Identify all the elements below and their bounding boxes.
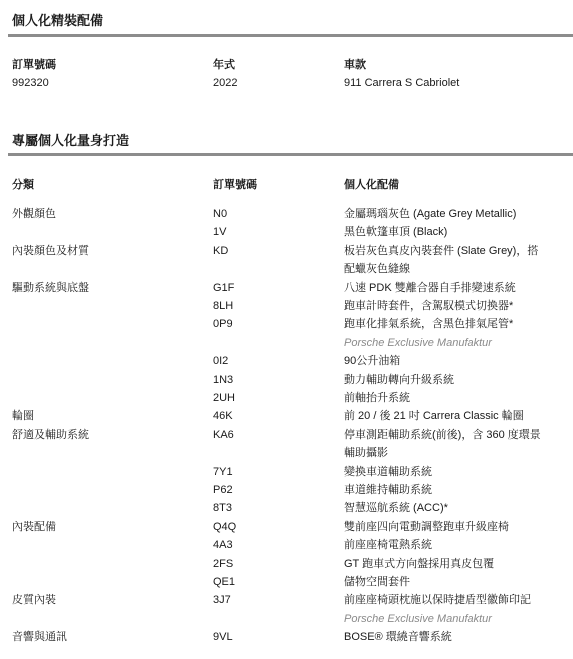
table-row: QE1儲物空間套件 — [0, 573, 573, 591]
section-divider — [8, 34, 573, 37]
code-cell: 46K — [213, 407, 233, 425]
category-header: 分類 — [12, 176, 34, 194]
code-cell: G1F — [213, 279, 234, 297]
table-row: 0P9跑車化排氣系統，含黑色排氣尾管* — [0, 315, 573, 333]
category-cell: 音響與通訊 — [12, 628, 67, 646]
code-cell: 3J7 — [213, 591, 231, 609]
table-row: 輔助攝影 — [0, 444, 573, 462]
table-row: 8LH跑車計時套件，含駕馭模式切換器* — [0, 297, 573, 315]
table-row: 2FSGT 跑車式方向盤採用真皮包覆 — [0, 555, 573, 573]
item-cell: 雙前座四向電動調整跑車升級座椅 — [344, 518, 564, 536]
item-header: 個人化配備 — [344, 176, 564, 194]
item-cell: 90公升油箱 — [344, 352, 564, 370]
year-value: 2022 — [213, 74, 237, 92]
table-row: Porsche Exclusive Manufaktur — [0, 334, 573, 352]
table-row: 2UH前軸抬升系統 — [0, 389, 573, 407]
table-row: 配蠟灰色縫線 — [0, 260, 573, 278]
item-cell: 板岩灰色真皮內裝套件 (Slate Grey)，搭 — [344, 242, 564, 260]
item-cell: 前座座椅電熱系統 — [344, 536, 564, 554]
item-cell: 前 20 / 後 21 吋 Carrera Classic 輪圈 — [344, 407, 564, 425]
code-cell: KD — [213, 242, 228, 260]
order-no-label: 訂單號碼 — [12, 56, 56, 74]
code-cell: KA6 — [213, 426, 234, 444]
table-row: 內裝配備Q4Q雙前座四向電動調整跑車升級座椅 — [0, 518, 573, 536]
code-cell: 2UH — [213, 389, 235, 407]
item-cell: 跑車計時套件，含駕馭模式切換器* — [344, 297, 564, 315]
code-cell: Q4Q — [213, 518, 236, 536]
item-cell: 儲物空間套件 — [344, 573, 564, 591]
item-cell: 前軸抬升系統 — [344, 389, 564, 407]
code-cell: P62 — [213, 481, 233, 499]
item-cell: 八速 PDK 雙離合器自手排變速系統 — [344, 279, 564, 297]
item-cell: BOSE® 環繞音響系統 — [344, 628, 564, 646]
year-label: 年式 — [213, 56, 235, 74]
item-cell: Porsche Exclusive Manufaktur — [344, 334, 564, 352]
code-cell: 1N3 — [213, 371, 233, 389]
code-cell: 7Y1 — [213, 463, 233, 481]
section-title: 專屬個人化量身打造 — [12, 130, 129, 149]
order-no-value: 992320 — [12, 74, 49, 92]
table-row: 4A3前座座椅電熱系統 — [0, 536, 573, 554]
item-cell: 前座座椅頭枕施以保時捷盾型徽飾印記 — [344, 591, 564, 609]
item-cell: GT 跑車式方向盤採用真皮包覆 — [344, 555, 564, 573]
code-cell: 0P9 — [213, 315, 233, 333]
table-row: 1V黑色軟篷車頂 (Black) — [0, 223, 573, 241]
table-row: 舒適及輔助系統KA6停車測距輔助系統(前後)，含 360 度環景 — [0, 426, 573, 444]
table-row: 7Y1變換車道輔助系統 — [0, 463, 573, 481]
table-row: 0I290公升油箱 — [0, 352, 573, 370]
section-title: 個人化精裝配備 — [12, 10, 103, 29]
item-cell: 配蠟灰色縫線 — [344, 260, 564, 278]
table-row: 音響與通訊9VLBOSE® 環繞音響系統 — [0, 628, 573, 646]
table-row: P62車道維持輔助系統 — [0, 481, 573, 499]
item-cell: 車道維持輔助系統 — [344, 481, 564, 499]
code-cell: 2FS — [213, 555, 233, 573]
table-row: 內裝顏色及材質KD板岩灰色真皮內裝套件 (Slate Grey)，搭 — [0, 242, 573, 260]
code-cell: 8LH — [213, 297, 233, 315]
code-cell: 4A3 — [213, 536, 233, 554]
category-cell: 輪圈 — [12, 407, 34, 425]
item-cell: 停車測距輔助系統(前後)，含 360 度環景 — [344, 426, 564, 444]
table-row: 1N3動力輔助轉向升級系統 — [0, 371, 573, 389]
item-cell: 輔助攝影 — [344, 444, 564, 462]
code-cell: 9VL — [213, 628, 233, 646]
table-row: 驅動系統與底盤G1F八速 PDK 雙離合器自手排變速系統 — [0, 279, 573, 297]
item-cell: 金屬瑪瑙灰色 (Agate Grey Metallic) — [344, 205, 564, 223]
table-row: Porsche Exclusive Manufaktur — [0, 610, 573, 628]
table-row: 皮質內裝3J7前座座椅頭枕施以保時捷盾型徽飾印記 — [0, 591, 573, 609]
table-row: 8T3智慧巡航系統 (ACC)* — [0, 499, 573, 517]
item-cell: 智慧巡航系統 (ACC)* — [344, 499, 564, 517]
category-cell: 內裝配備 — [12, 518, 56, 536]
item-cell: 黑色軟篷車頂 (Black) — [344, 223, 564, 241]
code-cell: 8T3 — [213, 499, 232, 517]
code-cell: QE1 — [213, 573, 235, 591]
category-cell: 內裝顏色及材質 — [12, 242, 89, 260]
category-cell: 皮質內裝 — [12, 591, 56, 609]
code-cell: 0I2 — [213, 352, 228, 370]
category-cell: 驅動系統與底盤 — [12, 279, 89, 297]
code-cell: 1V — [213, 223, 226, 241]
item-cell: Porsche Exclusive Manufaktur — [344, 610, 564, 628]
item-cell: 跑車化排氣系統，含黑色排氣尾管* — [344, 315, 564, 333]
code-cell: N0 — [213, 205, 227, 223]
item-cell: 變換車道輔助系統 — [344, 463, 564, 481]
category-cell: 外觀顏色 — [12, 205, 56, 223]
table-row: 輪圈46K前 20 / 後 21 吋 Carrera Classic 輪圈 — [0, 407, 573, 425]
category-cell: 舒適及輔助系統 — [12, 426, 89, 444]
table-row: 外觀顏色N0金屬瑪瑙灰色 (Agate Grey Metallic) — [0, 205, 573, 223]
model-value: 911 Carrera S Cabriolet — [344, 74, 564, 92]
item-cell: 動力輔助轉向升級系統 — [344, 371, 564, 389]
model-label: 車款 — [344, 56, 564, 74]
code-header: 訂單號碼 — [213, 176, 257, 194]
section-divider — [8, 153, 573, 156]
